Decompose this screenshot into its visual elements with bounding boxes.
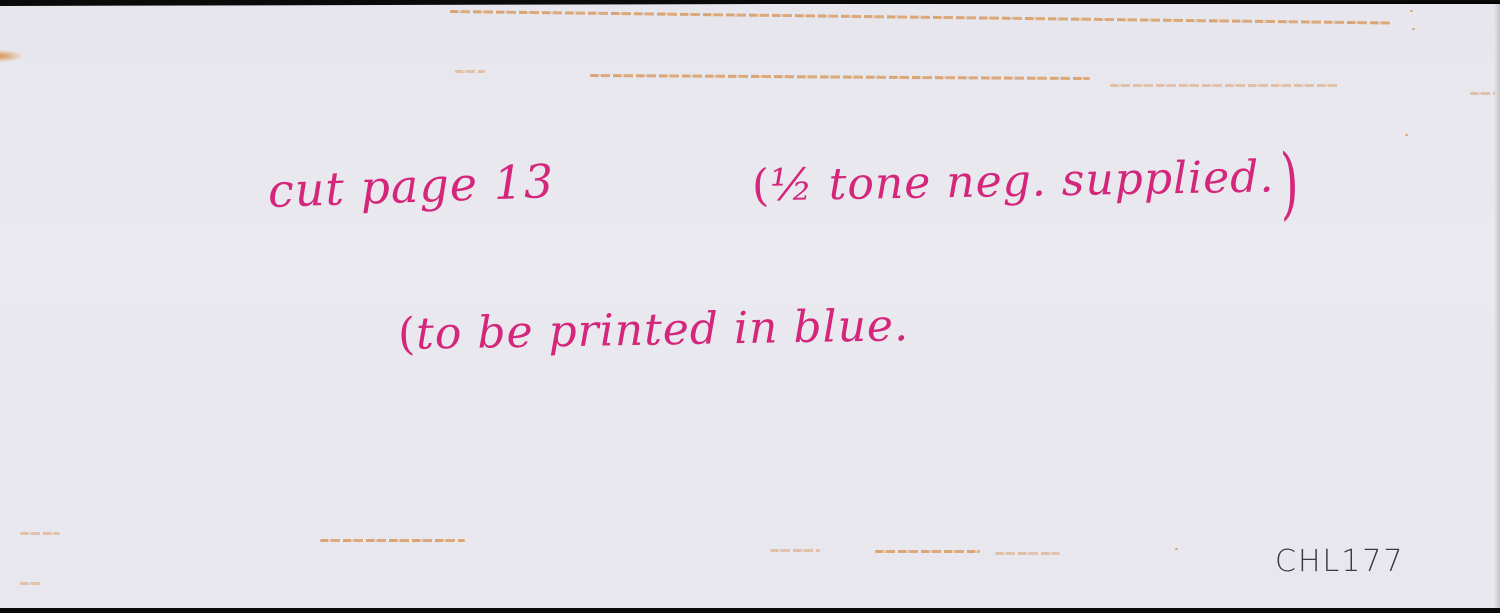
- scan-border-bottom: [0, 608, 1500, 613]
- stain-upper-line: [590, 74, 1090, 80]
- catalog-number: CHL177: [1275, 544, 1404, 579]
- stain-lower-mid-b: [875, 550, 980, 553]
- speck: [1405, 134, 1408, 136]
- note-print-blue-text: to be printed in blue.: [416, 300, 910, 360]
- note-halftone-negative: (½ tone neg. supplied.): [751, 134, 1306, 234]
- edge-stain: [0, 50, 22, 62]
- stain-lower-mid-c: [995, 552, 1060, 555]
- open-paren: (: [398, 309, 417, 360]
- card-right-edge: [1494, 4, 1500, 609]
- stain-upper-right-tick: [1470, 92, 1495, 95]
- speck: [1175, 548, 1178, 550]
- stain-lower-mid-a: [770, 549, 820, 552]
- stain-lower-left-b: [320, 539, 465, 542]
- stain-lower-left-c: [20, 582, 40, 585]
- speck: [1412, 28, 1415, 30]
- note-cut-page: cut page 13: [267, 154, 555, 218]
- note-cut-page-text: cut page 13: [267, 154, 555, 218]
- stain-lower-left-a: [20, 532, 60, 535]
- stain-top-line: [450, 10, 1390, 24]
- speck: [1410, 10, 1413, 12]
- stain-upper-line-right: [1110, 84, 1340, 87]
- note-halftone-text: ½ tone neg. supplied.: [770, 151, 1275, 211]
- instruction-card: cut page 13 (½ tone neg. supplied.) (to …: [0, 4, 1500, 609]
- open-paren: (: [752, 160, 771, 211]
- stain-upper-line-left: [455, 70, 485, 73]
- close-paren: ): [1280, 138, 1300, 228]
- note-print-blue: (to be printed in blue.: [398, 300, 910, 360]
